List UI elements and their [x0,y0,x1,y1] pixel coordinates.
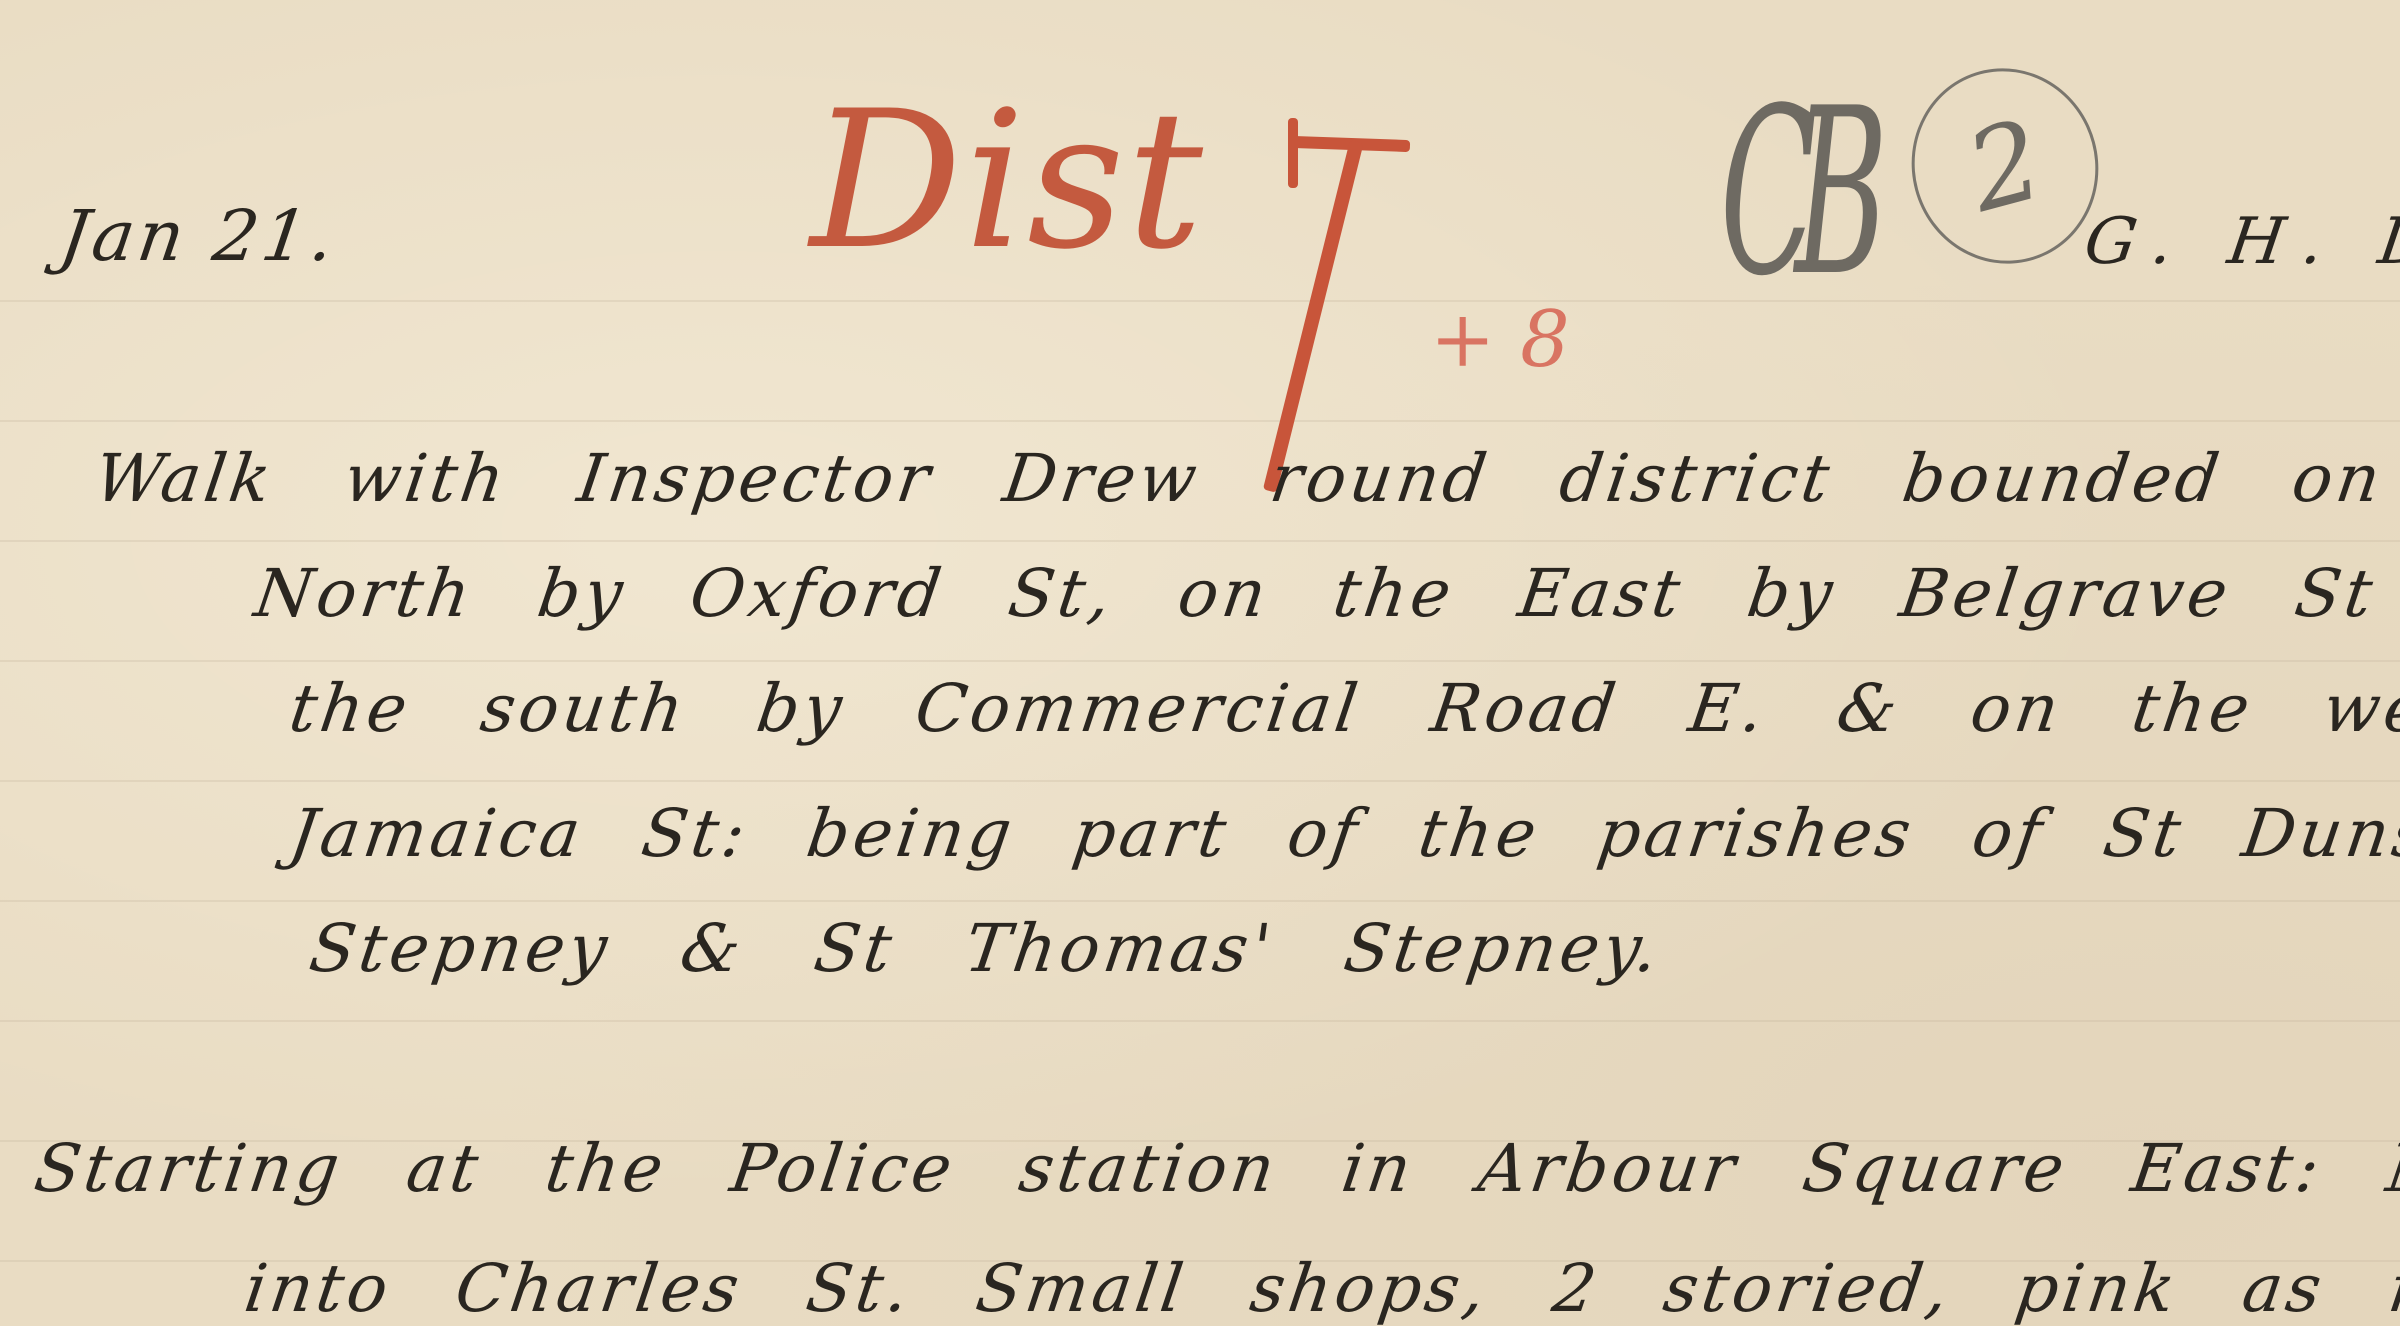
text-line: North by Oxford St, on the East by Belgr… [250,555,2400,632]
notebook-page: Jan 21. Dist + 8 CB 2 G. H. D. Walk with… [0,0,2400,1326]
circled-number-value: 2 [1955,95,2056,237]
text-line: Starting at the Police station in Arbour… [30,1130,2400,1207]
entry-date: Jan 21. [55,195,343,277]
ruled-line [0,660,2400,662]
text-line: into Charles St. Small shops, 2 storied,… [240,1250,2400,1326]
heading-prefix: Dist [810,70,1205,291]
text-line: the south by Commercial Road E. & on the… [285,670,2400,747]
ruled-line [0,900,2400,902]
author-initials: G. H. D. [2080,205,2400,279]
text-line: Jamaica St: being part of the parishes o… [285,795,2400,872]
pencil-monogram: CB [1720,60,1866,327]
ruled-line [0,780,2400,782]
ruled-line [0,540,2400,542]
ruled-line [0,1020,2400,1022]
ruled-line [0,300,2400,302]
text-line: Walk with Inspector Drew round district … [90,440,2400,517]
text-line: Stepney & St Thomas' Stepney. [305,910,1666,987]
seven-serif-stroke [1288,118,1298,188]
heading-addendum: + 8 [1430,295,1570,385]
ruled-line [0,420,2400,422]
